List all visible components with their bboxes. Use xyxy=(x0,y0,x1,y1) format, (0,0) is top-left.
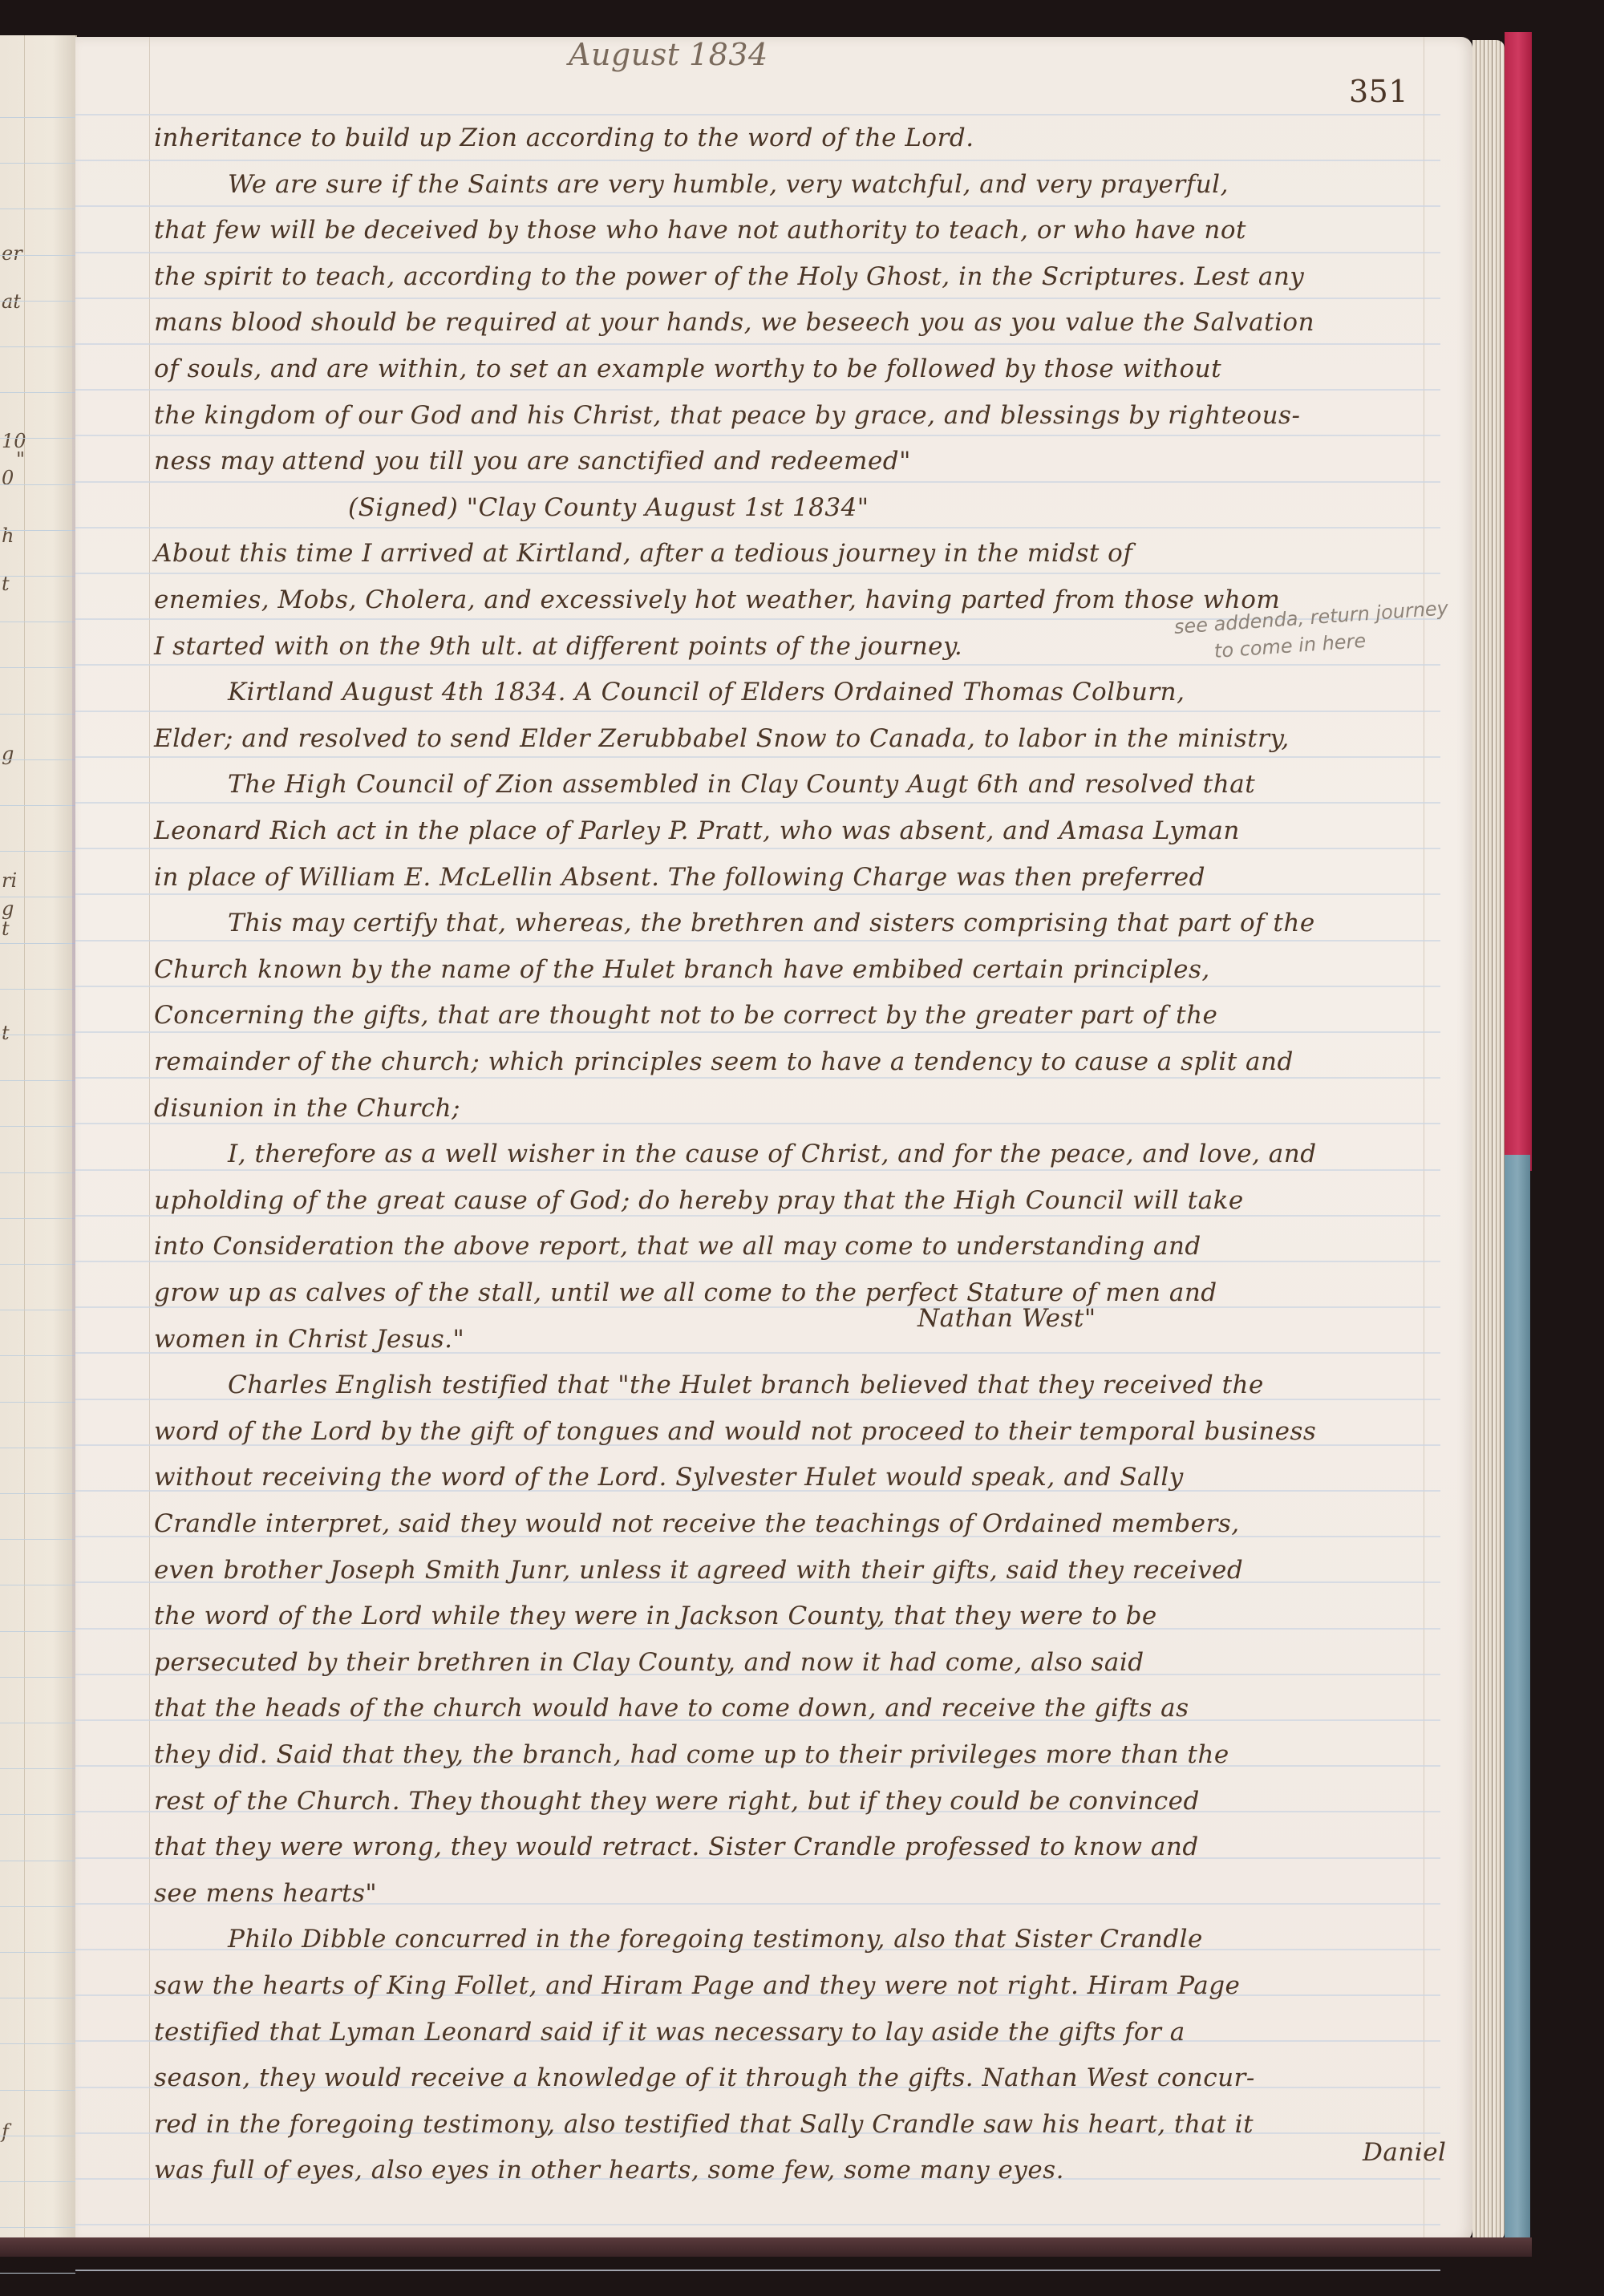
prev-page-ruled-line xyxy=(0,897,75,897)
ruled-line xyxy=(75,435,1440,436)
binding-blue-cloth xyxy=(1505,1155,1530,2253)
manuscript-line: persecuted by their brethren in Clay Cou… xyxy=(154,1648,1144,1677)
manuscript-line: Concerning the gifts, that are thought n… xyxy=(154,1001,1217,1030)
prev-page-fragment: at xyxy=(2,290,21,313)
book-cover-bottom xyxy=(0,2237,1532,2257)
prev-page-ruled-line xyxy=(0,346,75,347)
ruled-line xyxy=(75,1077,1440,1079)
manuscript-line: in place of William E. McLellin Absent. … xyxy=(154,863,1205,892)
binding-red-leather xyxy=(1505,32,1532,1171)
manuscript-line: without receiving the word of the Lord. … xyxy=(154,1463,1184,1492)
manuscript-line: We are sure if the Saints are very humbl… xyxy=(228,170,1229,199)
prev-page-fragment: t xyxy=(2,1022,10,1044)
prev-page-ruled-line xyxy=(0,1035,75,1035)
prev-page-ruled-line xyxy=(0,1493,75,1494)
ruled-line xyxy=(75,1215,1440,1217)
ruled-line xyxy=(75,711,1440,712)
left-margin-rule xyxy=(149,37,150,2244)
prev-page-ruled-line xyxy=(0,2273,75,2274)
manuscript-line: that few will be deceived by those who h… xyxy=(154,216,1246,245)
header-month: August xyxy=(569,37,680,72)
prev-page-ruled-line xyxy=(0,576,75,577)
manuscript-line: ness may attend you till you are sanctif… xyxy=(154,447,911,476)
manuscript-line: rest of the Church. They thought they we… xyxy=(154,1787,1200,1816)
manuscript-line: I started with on the 9th ult. at differ… xyxy=(154,632,962,661)
prev-page-ruled-line xyxy=(0,1539,75,1540)
manuscript-line: that they were wrong, they would retract… xyxy=(154,1832,1199,1861)
ruled-line xyxy=(75,160,1440,161)
ruled-line xyxy=(75,527,1440,528)
manuscript-line: testified that Lyman Leonard said if it … xyxy=(154,2018,1185,2047)
manuscript-line: see mens hearts" xyxy=(154,1879,377,1908)
manuscript-line: the word of the Lord while they were in … xyxy=(154,1602,1157,1630)
manuscript-line: that the heads of the church would have … xyxy=(154,1694,1189,1723)
manuscript-line: season, they would receive a knowledge o… xyxy=(154,2063,1255,2092)
manuscript-line: red in the foregoing testimony, also tes… xyxy=(154,2110,1254,2139)
page-number: 351 xyxy=(1349,74,1408,109)
manuscript-line: mans blood should be required at your ha… xyxy=(154,308,1314,337)
header-year: 1834 xyxy=(689,37,768,72)
prev-page-fragment: " xyxy=(16,448,25,471)
prev-page-margin-line xyxy=(24,35,25,2249)
prev-page-ruled-line xyxy=(0,209,75,209)
manuscript-line: into Consideration the above report, tha… xyxy=(154,1232,1201,1261)
ruled-line xyxy=(75,252,1440,253)
manuscript-line: inheritance to build up Zion according t… xyxy=(154,124,974,152)
prev-page-ruled-line xyxy=(0,805,75,806)
ruled-line xyxy=(75,940,1440,941)
prev-page-ruled-line xyxy=(0,1264,75,1265)
prev-page-ruled-line xyxy=(0,759,75,760)
prev-page-ruled-line xyxy=(0,1126,75,1127)
prev-page-ruled-line xyxy=(0,1952,75,1953)
prev-page-ruled-line xyxy=(0,1310,75,1310)
prev-page-ruled-line xyxy=(0,1814,75,1815)
prev-page-ruled-line xyxy=(0,1080,75,1081)
manuscript-line: of souls, and are within, to set an exam… xyxy=(154,354,1221,383)
ruled-line xyxy=(75,389,1440,391)
manuscript-line: Church known by the name of the Hulet br… xyxy=(154,955,1210,984)
prev-page-ruled-line xyxy=(0,1723,75,1723)
prev-page-ruled-line xyxy=(0,301,75,302)
prev-page-ruled-line xyxy=(0,255,75,256)
prev-page-fragment: ri xyxy=(2,869,17,892)
manuscript-line: enemies, Mobs, Cholera, and excessively … xyxy=(154,585,1280,614)
prev-page-ruled-line xyxy=(0,2043,75,2044)
manuscript-line: About this time I arrived at Kirtland, a… xyxy=(154,539,1132,568)
ruled-line xyxy=(75,986,1440,987)
previous-page-edge: er at 10 " 0 h t g ri g t t f xyxy=(0,35,77,2249)
manuscript-line: grow up as calves of the stall, until we… xyxy=(154,1278,1217,1307)
ledger-page: August 1834 351 inheritance to build up … xyxy=(75,37,1472,2244)
prev-page-ruled-line xyxy=(0,667,75,668)
prev-page-ruled-line xyxy=(0,1172,75,1173)
manuscript-line: word of the Lord by the gift of tongues … xyxy=(154,1417,1316,1446)
prev-page-ruled-line xyxy=(0,1448,75,1448)
prev-page-ruled-line xyxy=(0,1677,75,1678)
signature-nathan-west: Nathan West" xyxy=(917,1304,1096,1333)
ruled-line xyxy=(75,114,1440,115)
prev-page-ruled-line xyxy=(0,530,75,531)
manuscript-line: I, therefore as a well wisher in the cau… xyxy=(228,1140,1317,1168)
prev-page-fragment: t xyxy=(2,917,10,940)
manuscript-line: Kirtland August 4th 1834. A Council of E… xyxy=(228,678,1185,707)
prev-page-ruled-line xyxy=(0,1631,75,1632)
prev-page-fragment: 0 xyxy=(2,467,14,489)
ruled-line xyxy=(75,481,1440,483)
manuscript-line: the spirit to teach, according to the po… xyxy=(154,262,1304,291)
ruled-line xyxy=(75,893,1440,895)
prev-page-ruled-line xyxy=(0,1768,75,1769)
ruled-line xyxy=(75,573,1440,574)
prev-page-ruled-line xyxy=(0,484,75,485)
manuscript-line: they did. Said that they, the branch, ha… xyxy=(154,1740,1229,1769)
manuscript-line: saw the hearts of King Follet, and Hiram… xyxy=(154,1971,1240,2000)
prev-page-ruled-line xyxy=(0,1218,75,1219)
manuscript-line: women in Christ Jesus." xyxy=(154,1325,464,1354)
prev-page-ruled-line xyxy=(0,1402,75,1403)
prev-page-ruled-line xyxy=(0,2227,75,2228)
manuscript-line: Philo Dibble concurred in the foregoing … xyxy=(228,1925,1203,1954)
manuscript-line: This may certify that, whereas, the bret… xyxy=(228,909,1315,937)
ruled-line xyxy=(75,1169,1440,1171)
ruled-line xyxy=(75,205,1440,207)
prev-page-ruled-line xyxy=(0,1998,75,1998)
prev-page-ruled-line xyxy=(0,1906,75,1907)
prev-page-ruled-line xyxy=(0,117,75,118)
manuscript-line: disunion in the Church; xyxy=(154,1094,460,1123)
ruled-line xyxy=(75,1123,1440,1124)
ruled-line xyxy=(75,664,1440,666)
pencil-annotation-line2: to come in here xyxy=(1213,630,1367,662)
manuscript-line: The High Council of Zion assembled in Cl… xyxy=(228,770,1255,799)
manuscript-line: Leonard Rich act in the place of Parley … xyxy=(154,816,1240,845)
ruled-line xyxy=(75,848,1440,849)
manuscript-line: Crandle interpret, said they would not r… xyxy=(154,1509,1240,1538)
prev-page-ruled-line xyxy=(0,392,75,393)
ruled-line xyxy=(75,2270,1440,2271)
prev-page-ruled-line xyxy=(0,2136,75,2136)
manuscript-line: the kingdom of our God and his Christ, t… xyxy=(154,401,1300,430)
prev-page-ruled-line xyxy=(0,622,75,622)
prev-page-ruled-line xyxy=(0,1355,75,1356)
prev-page-ruled-line xyxy=(0,1861,75,1861)
prev-page-fragment: h xyxy=(2,524,14,547)
manuscript-line: remainder of the church; which principle… xyxy=(154,1047,1294,1076)
prev-page-ruled-line xyxy=(0,851,75,852)
manuscript-line: Elder; and resolved to send Elder Zerubb… xyxy=(154,724,1290,753)
ruled-line xyxy=(75,756,1440,758)
manuscript-line: was full of eyes, also eyes in other hea… xyxy=(154,2156,1064,2185)
prev-page-ruled-line xyxy=(0,943,75,944)
prev-page-ruled-line xyxy=(0,2090,75,2091)
prev-page-ruled-line xyxy=(0,163,75,164)
ruled-line xyxy=(75,343,1440,345)
prev-page-ruled-line xyxy=(0,714,75,715)
prev-page-ruled-line xyxy=(0,438,75,439)
prev-page-fragment: f xyxy=(2,2120,9,2143)
manuscript-line: upholding of the great cause of God; do … xyxy=(154,1186,1244,1215)
ruled-line xyxy=(75,298,1440,299)
prev-page-ruled-line xyxy=(0,2181,75,2182)
prev-page-ruled-line xyxy=(0,1585,75,1585)
ruled-line xyxy=(75,802,1440,804)
prev-page-fragment: g xyxy=(2,743,14,765)
prev-page-fragment: g xyxy=(2,897,14,920)
manuscript-scan: er at 10 " 0 h t g ri g t t f August 183… xyxy=(0,0,1604,2296)
page-fore-edge xyxy=(1472,40,1505,2241)
manuscript-line: even brother Joseph Smith Junr, unless i… xyxy=(154,1556,1243,1585)
ruled-line xyxy=(75,2224,1440,2225)
prev-page-fragment: er xyxy=(2,242,22,265)
manuscript-line: Charles English testified that "the Hule… xyxy=(228,1371,1264,1399)
right-margin-rule xyxy=(1424,37,1424,2244)
catchword: Daniel xyxy=(1363,2138,1446,2167)
manuscript-line: (Signed) "Clay County August 1st 1834" xyxy=(348,493,869,522)
prev-page-ruled-line xyxy=(0,989,75,990)
ruled-line xyxy=(75,1031,1440,1033)
